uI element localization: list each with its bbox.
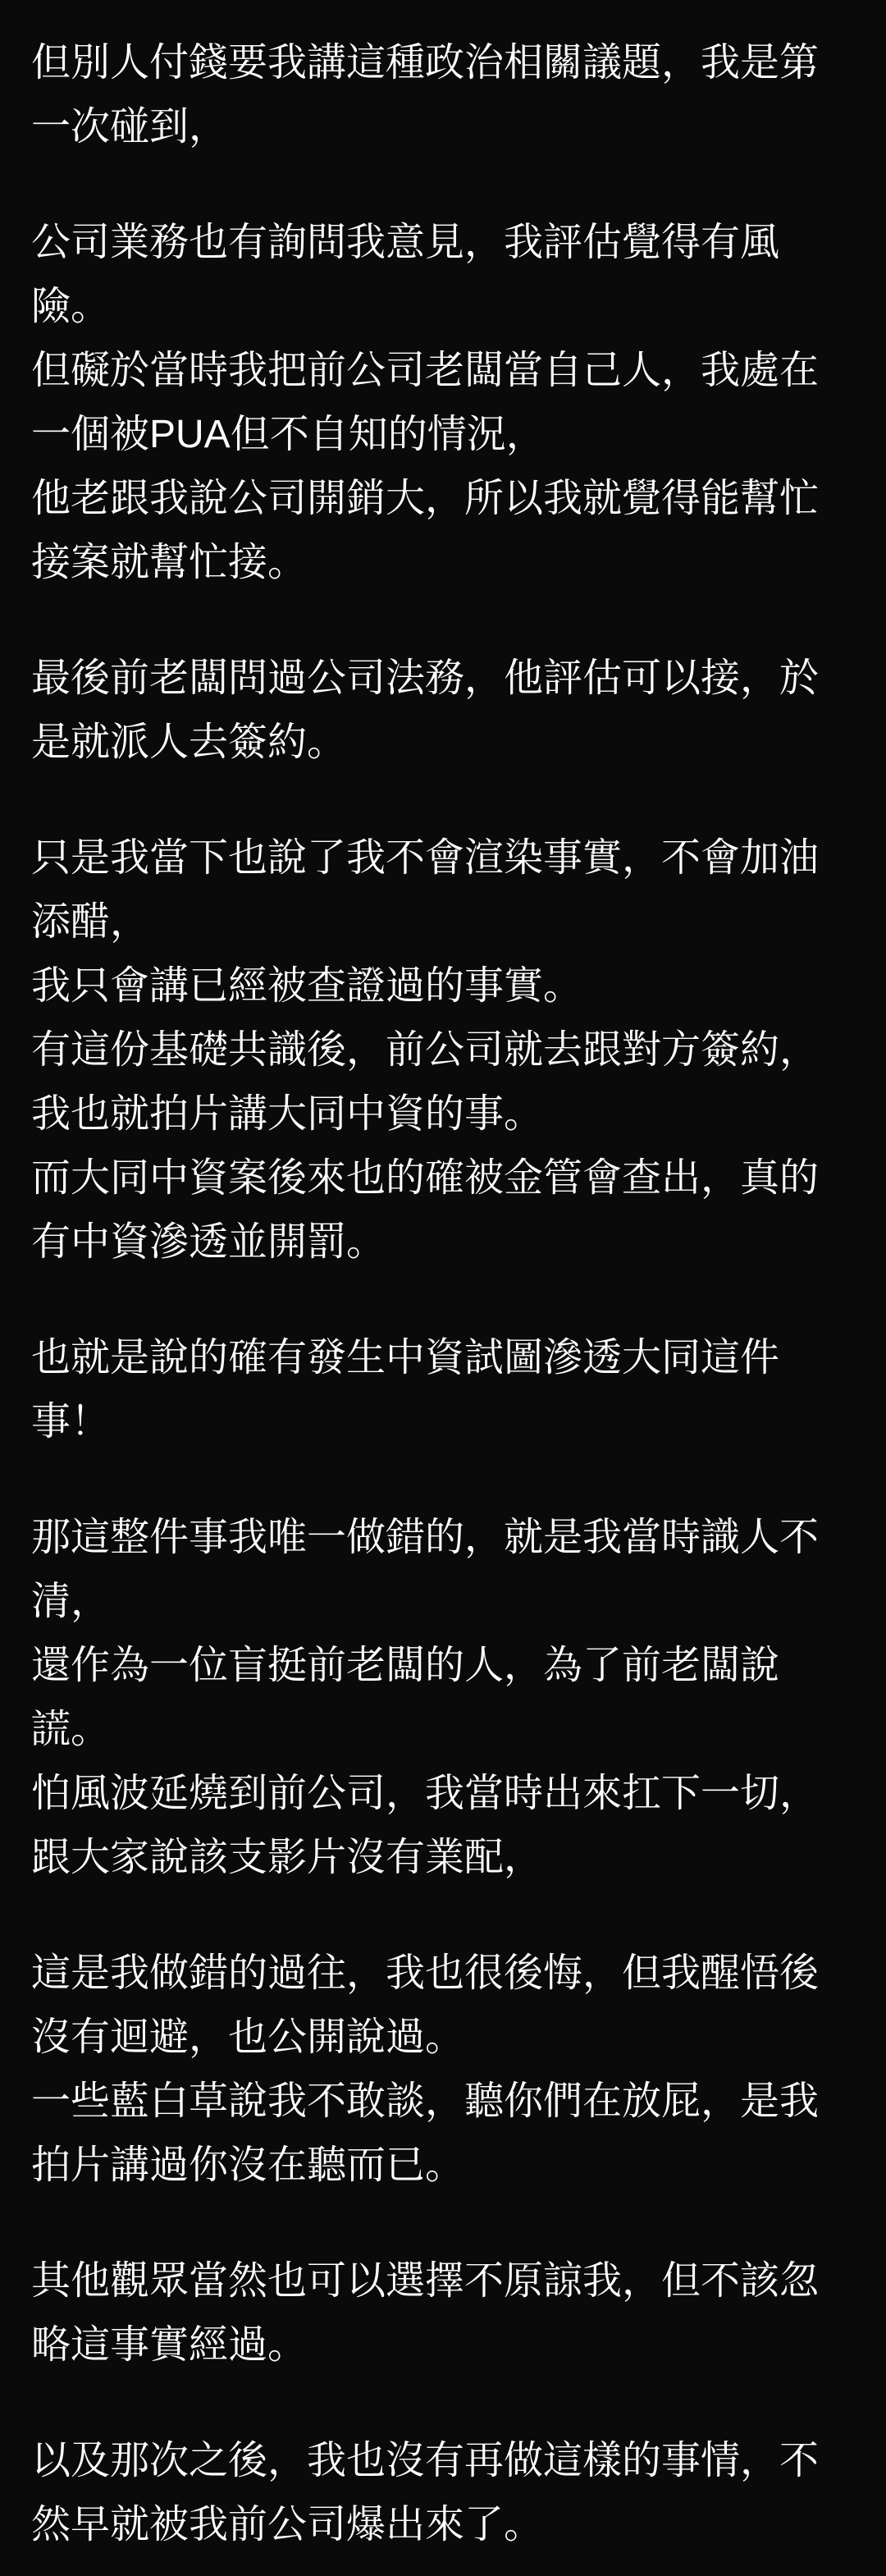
paragraph: 最後前老闆問過公司法務，他評估可以接，於 是就派人去簽約。 [31,647,820,775]
paragraph: 也就是說的確有發生中資試圖滲透大同這件 事！ [31,1326,820,1454]
paragraph: 只是我當下也說了我不會渲染事實，不會加油 添醋， 我只會講已經被查證過的事實。 … [31,826,820,1274]
post-body: 但別人付錢要我講這種政治相關議題，我是第 一次碰到，公司業務也有詢問我意見，我評… [0,0,886,2576]
paragraph: 但別人付錢要我講這種政治相關議題，我是第 一次碰到， [31,31,820,159]
paragraph: 這是我做錯的過往，我也很後悔，但我醒悟後 沒有迴避，也公開說過。 一些藍白草說我… [31,1942,820,2198]
paragraph: 那這整件事我唯一做錯的，就是我當時識人不 清， 還作為一位盲挺前老闆的人，為了前… [31,1506,820,1890]
post-text: 但別人付錢要我講這種政治相關議題，我是第 一次碰到，公司業務也有詢問我意見，我評… [31,31,820,2557]
paragraph: 以及那次之後，我也沒有再做這樣的事情，不 然早就被我前公司爆出來了。 [31,2429,820,2557]
paragraph: 其他觀眾當然也可以選擇不原諒我，但不該忽 略這事實經過。 [31,2249,820,2377]
paragraph: 公司業務也有詢問我意見，我評估覺得有風 險。 但礙於當時我把前公司老闆當自己人，… [31,211,820,595]
